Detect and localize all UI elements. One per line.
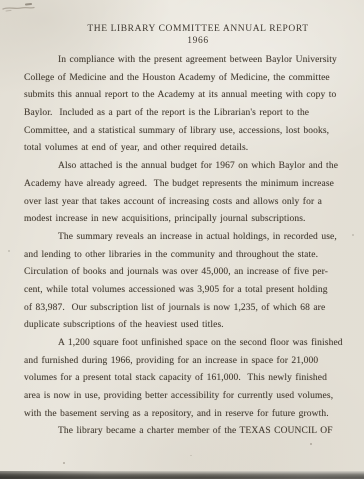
text-line: cent, while total volumes accessioned wa… [24, 282, 358, 300]
paragraph: The library became a charter member of t… [24, 423, 358, 441]
paper-speck [8, 250, 10, 252]
scanned-page: THE LIBRARY COMMITTEE ANNUAL REPORT 1966… [0, 0, 364, 479]
pencil-mark [0, 0, 44, 18]
text-line: and furnished during 1966, providing for… [24, 353, 358, 371]
paragraph: A 1,200 square foot unfinished space on … [24, 335, 358, 423]
text-line: Academy have already agreed. The budget … [24, 176, 358, 194]
text-line: Baylor. Included as a part of the report… [24, 105, 358, 123]
text-line: The summary reveals an increase in actua… [24, 229, 358, 247]
text-line: and lending to other libraries in the co… [24, 247, 358, 265]
paragraph: Also attached is the annual budget for 1… [24, 158, 358, 229]
text-line: In compliance with the present agreement… [24, 52, 358, 70]
text-line: with the basement serving as a repositor… [24, 406, 358, 424]
text-line: area is now in use, providing better acc… [24, 388, 358, 406]
text-line: over last year that takes account of inc… [24, 194, 358, 212]
text-line: Circulation of books and journals was ov… [24, 264, 358, 282]
paper-speck [95, 27, 97, 29]
paragraph: The summary reveals an increase in actua… [24, 229, 358, 335]
scan-edge-shadow [0, 471, 364, 479]
document-body: In compliance with the present agreement… [24, 52, 358, 441]
text-line: modest increase in new acquisitions, pri… [24, 211, 358, 229]
paragraph: In compliance with the present agreement… [24, 52, 358, 158]
text-line: duplicate subscriptions of the heaviest … [24, 317, 358, 335]
text-line: The library became a charter member of t… [24, 423, 358, 441]
text-line: volumes for a present total stack capaci… [24, 370, 358, 388]
text-line: submits this annual report to the Academ… [24, 87, 358, 105]
text-line: Committee, and a statistical summary of … [24, 123, 358, 141]
text-line: Also attached is the annual budget for 1… [24, 158, 358, 176]
document-year: 1966 [36, 35, 360, 47]
paper-speck [190, 455, 192, 456]
document-title: THE LIBRARY COMMITTEE ANNUAL REPORT [36, 23, 360, 35]
text-line: of 83,987. Our subscription list of jour… [24, 300, 358, 318]
text-line: College of Medicine and the Houston Acad… [24, 70, 358, 88]
document-header: THE LIBRARY COMMITTEE ANNUAL REPORT 1966 [24, 23, 360, 47]
paper-speck [352, 234, 354, 236]
text-line: total volumes at end of year, and other … [24, 140, 358, 158]
paper-speck [63, 462, 65, 464]
paper-speck [310, 443, 312, 445]
text-line: A 1,200 square foot unfinished space on … [24, 335, 358, 353]
